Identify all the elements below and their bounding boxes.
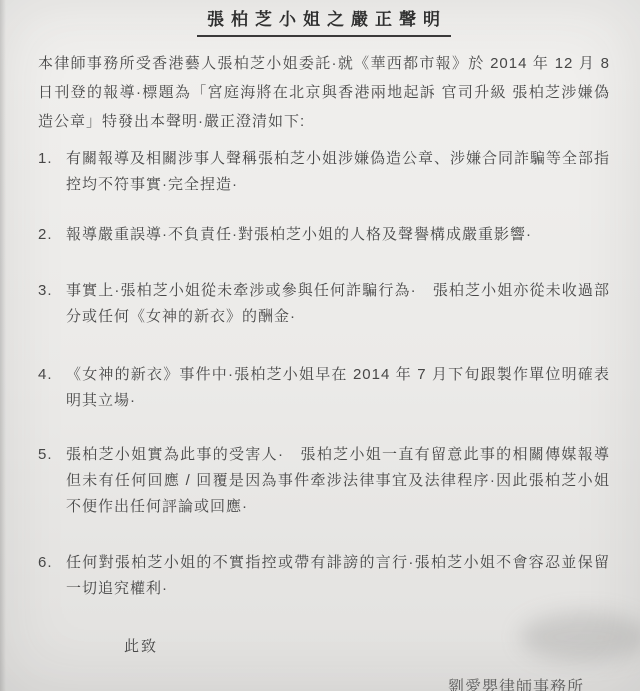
- item-text: 《女神的新衣》事件中·張柏芝小姐早在 2014 年 7 月下旬跟製作單位明確表明…: [66, 362, 610, 414]
- item-number: 4.: [38, 362, 66, 414]
- statement-item-3: 3. 事實上·張柏芝小姐從未牽涉或參與任何詐騙行為· 張柏芝小姐亦從未收過部分或…: [38, 278, 610, 330]
- item-number: 2.: [38, 222, 66, 248]
- item-text: 張柏芝小姐實為此事的受害人· 張柏芝小姐一直有留意此事的相關傳媒報導但未有任何回…: [66, 442, 610, 520]
- statement-item-2: 2. 報導嚴重誤導·不負責任·對張柏芝小姐的人格及聲譽構成嚴重影響·: [38, 222, 610, 248]
- item-text: 有關報導及相關涉事人聲稱張柏芝小姐涉嫌偽造公章、涉嫌合同詐騙等全部指控均不符事實…: [66, 146, 610, 198]
- item-number: 1.: [38, 146, 66, 198]
- statement-item-6: 6. 任何對張柏芝小姐的不實指控或帶有誹謗的言行·張柏芝小姐不會容忍並保留一切追…: [38, 550, 610, 602]
- signature-law-firm: 劉愛嬰律師事務所: [448, 674, 584, 691]
- item-number: 3.: [38, 278, 66, 330]
- statement-item-4: 4. 《女神的新衣》事件中·張柏芝小姐早在 2014 年 7 月下旬跟製作單位明…: [38, 362, 610, 414]
- item-text: 任何對張柏芝小姐的不實指控或帶有誹謗的言行·張柏芝小姐不會容忍並保留一切追究權利…: [66, 550, 610, 602]
- item-number: 6.: [38, 550, 66, 602]
- item-text: 報導嚴重誤導·不負責任·對張柏芝小姐的人格及聲譽構成嚴重影響·: [66, 222, 610, 248]
- statement-document: 張柏芝小姐之嚴正聲明 本律師事務所受香港藝人張柏芝小姐委託·就《華西都市報》於 …: [0, 0, 640, 691]
- document-title: 張柏芝小姐之嚴正聲明: [38, 8, 610, 37]
- statement-list: 1. 有關報導及相關涉事人聲稱張柏芝小姐涉嫌偽造公章、涉嫌合同詐騙等全部指控均不…: [38, 146, 610, 602]
- document-title-text: 張柏芝小姐之嚴正聲明: [197, 8, 451, 37]
- statement-item-5: 5. 張柏芝小姐實為此事的受害人· 張柏芝小姐一直有留意此事的相關傳媒報導但未有…: [38, 442, 610, 520]
- photo-edge-shadow: [0, 0, 6, 691]
- item-number: 5.: [38, 442, 66, 520]
- item-text: 事實上·張柏芝小姐從未牽涉或參與任何詐騙行為· 張柏芝小姐亦從未收過部分或任何《…: [66, 278, 610, 330]
- photo-smudge-artifact: [520, 612, 640, 662]
- intro-paragraph: 本律師事務所受香港藝人張柏芝小姐委託·就《華西都市報》於 2014 年 12 月…: [38, 49, 610, 136]
- statement-item-1: 1. 有關報導及相關涉事人聲稱張柏芝小姐涉嫌偽造公章、涉嫌合同詐騙等全部指控均不…: [38, 146, 610, 198]
